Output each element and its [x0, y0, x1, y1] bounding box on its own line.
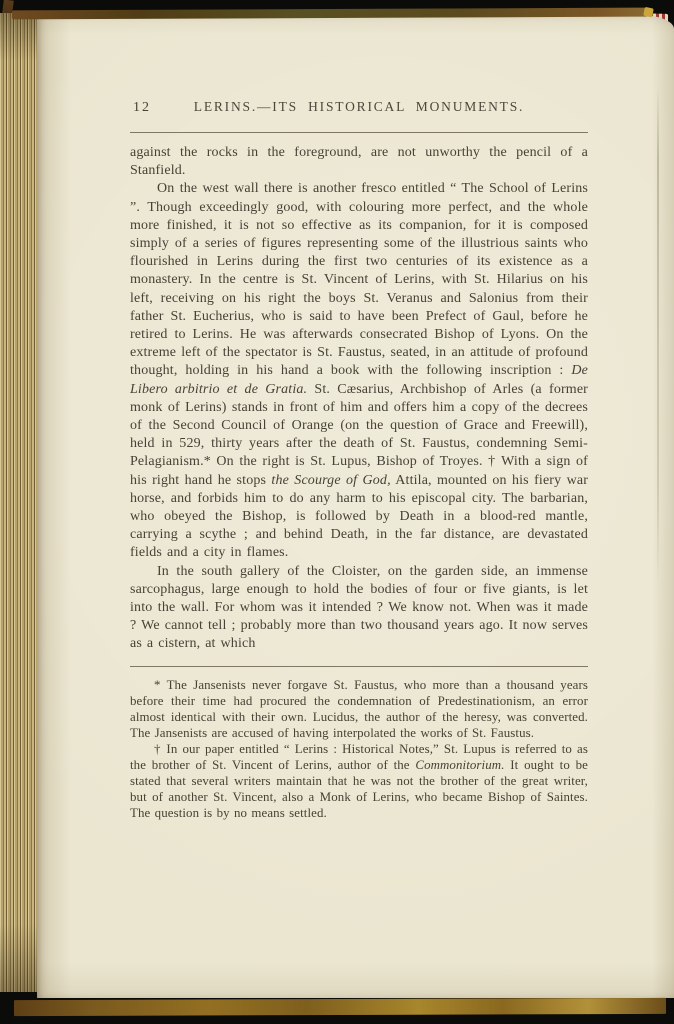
footnote: † In our paper entitled “ Lerins : Histo…: [130, 741, 588, 821]
body-paragraph: On the west wall there is another fresco…: [130, 180, 588, 562]
header-rule: [130, 132, 588, 133]
text-segment: On the west wall there is another fresco…: [130, 181, 588, 378]
body-paragraph: against the rocks in the foreground, are…: [130, 144, 588, 180]
text-segment: against the rocks in the foreground, are…: [130, 145, 588, 178]
italic-text-segment: the Scourge of God,: [271, 473, 390, 488]
text-column: 12 LERINS.—ITS HISTORICAL MONUMENTS. aga…: [130, 15, 588, 822]
page-number: 12: [133, 100, 151, 116]
footnote-rule: [130, 666, 588, 667]
text-segment: In the south gallery of the Cloister, on…: [130, 564, 588, 652]
page-crease: [657, 85, 659, 585]
book-photo: 12 LERINS.—ITS HISTORICAL MONUMENTS. aga…: [0, 0, 674, 1024]
italic-text-segment: Commonitorium.: [415, 758, 504, 772]
board-gilt-edge: [14, 998, 666, 1016]
body-text: against the rocks in the foreground, are…: [130, 144, 588, 654]
body-paragraph: In the south gallery of the Cloister, on…: [130, 563, 588, 654]
text-segment: * The Jansenists never forgave St. Faust…: [130, 678, 588, 740]
book-page: 12 LERINS.—ITS HISTORICAL MONUMENTS. aga…: [37, 15, 674, 998]
stacked-page-edges: [0, 13, 38, 992]
running-head: LERINS.—ITS HISTORICAL MONUMENTS.: [130, 99, 588, 115]
footnotes: * The Jansenists never forgave St. Faust…: [130, 677, 588, 822]
footnote: * The Jansenists never forgave St. Faust…: [130, 677, 588, 741]
page-header: 12 LERINS.—ITS HISTORICAL MONUMENTS.: [130, 99, 588, 119]
clasp-nub: [643, 7, 654, 18]
